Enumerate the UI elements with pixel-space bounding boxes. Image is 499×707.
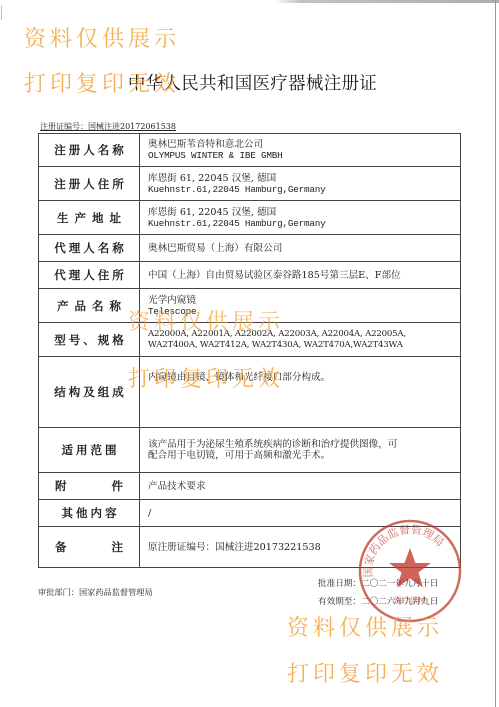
- registration-number: 注册证编号：国械注进20172061538: [40, 121, 176, 132]
- table-row: 附件 产品技术要求: [39, 473, 461, 500]
- table-row: 适用范围 该产品用于为泌尿生殖系统疾病的诊断和治疗提供图像，可 配合用于电切镜，…: [39, 428, 461, 473]
- watermark-copy-invalid: 打印复印无效: [287, 657, 443, 688]
- row-label: 结构及组成: [39, 357, 140, 428]
- value-en: Kuehnstr.61,22045 Hamburg,Germany: [148, 184, 460, 195]
- value-en: Kuehnstr.61,22045 Hamburg,Germany: [148, 218, 460, 229]
- table-row: 代理人名称 奥林巴斯贸易（上海）有限公司: [39, 235, 461, 262]
- table-row: 注册人名称 奥林巴斯苇音特和意北公司 OLYMPUS WINTER & IBE …: [39, 134, 461, 167]
- row-label: 注册人名称: [39, 134, 140, 167]
- value-cn: /: [148, 508, 460, 519]
- watermark-copy-invalid: 打印复印无效: [24, 67, 180, 98]
- row-value: 产品技术要求: [140, 473, 461, 500]
- row-value: 奥林巴斯贸易（上海）有限公司: [140, 235, 461, 262]
- models-line-2: WA2T400A, WA2T412A, WA2T430A, WA2T470A,W…: [148, 340, 460, 351]
- value-line-2: 配合用于电切镜，可用于高频和激光手术。: [148, 450, 460, 461]
- official-seal-icon: 国家药品监督管理局 医疗器械: [357, 518, 463, 624]
- row-label: 代理人住所: [39, 262, 140, 289]
- row-value: 库恩街 61, 22045 汉堡, 德国 Kuehnstr.61,22045 H…: [140, 167, 461, 201]
- row-label: 产品名称: [39, 289, 140, 323]
- value-cn: 奥林巴斯贸易（上海）有限公司: [148, 243, 460, 254]
- row-label: 附件: [39, 473, 140, 500]
- value-cn: 中国（上海）自由贸易试验区泰谷路185号第三层E、F部位: [148, 270, 460, 281]
- value-cn: 库恩街 61, 22045 汉堡, 德国: [148, 207, 460, 218]
- row-value: 奥林巴斯苇音特和意北公司 OLYMPUS WINTER & IBE GMBH: [140, 134, 461, 167]
- value-line-1: 该产品用于为泌尿生殖系统疾病的诊断和治疗提供图像，可: [148, 439, 460, 450]
- row-value: 该产品用于为泌尿生殖系统疾病的诊断和治疗提供图像，可 配合用于电切镜，可用于高频…: [140, 428, 461, 473]
- value-cn: 奥林巴斯苇音特和意北公司: [148, 139, 460, 150]
- value-cn: 光学内窥镜: [148, 295, 460, 306]
- table-row: 生产地址 库恩街 61, 22045 汉堡, 德国 Kuehnstr.61,22…: [39, 201, 461, 235]
- table-row: 注册人住所 库恩街 61, 22045 汉堡, 德国 Kuehnstr.61,2…: [39, 167, 461, 201]
- certificate-table: 注册人名称 奥林巴斯苇音特和意北公司 OLYMPUS WINTER & IBE …: [38, 133, 461, 568]
- table-row: 代理人住所 中国（上海）自由贸易试验区泰谷路185号第三层E、F部位: [39, 262, 461, 289]
- value-cn: 产品技术要求: [148, 481, 460, 492]
- watermark-display-only: 资料仅供展示: [287, 611, 443, 642]
- row-label: 型号、规格: [39, 323, 140, 357]
- row-label: 备注: [39, 527, 140, 568]
- watermark-display-only: 资料仅供展示: [24, 22, 180, 53]
- scan-edge-top: [0, 0, 499, 3]
- approval-department: 审批部门：国家药品监督管理局: [38, 587, 153, 598]
- value-en: OLYMPUS WINTER & IBE GMBH: [148, 150, 460, 161]
- row-label: 生产地址: [39, 201, 140, 235]
- svg-text:医疗器械: 医疗器械: [394, 595, 426, 605]
- value-cn: 库恩街 61, 22045 汉堡, 德国: [148, 173, 460, 184]
- scan-edge-left: [1, 6, 2, 20]
- watermark-display-only: 资料仅供展示: [128, 305, 284, 336]
- watermark-copy-invalid: 打印复印无效: [128, 362, 284, 393]
- row-value: 中国（上海）自由贸易试验区泰谷路185号第三层E、F部位: [140, 262, 461, 289]
- scan-edge-right: [495, 0, 496, 707]
- row-value: 库恩街 61, 22045 汉堡, 德国 Kuehnstr.61,22045 H…: [140, 201, 461, 235]
- row-label: 代理人名称: [39, 235, 140, 262]
- row-label: 其他内容: [39, 500, 140, 527]
- row-label: 适用范围: [39, 428, 140, 473]
- row-label: 注册人住所: [39, 167, 140, 201]
